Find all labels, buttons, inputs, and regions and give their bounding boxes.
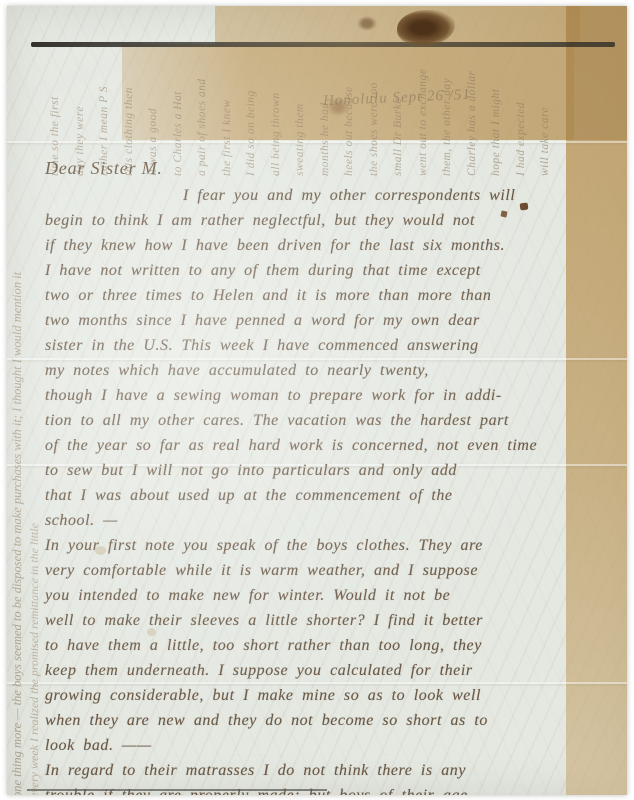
salutation: Dear Sister M. <box>45 158 163 179</box>
letter-line: look bad. —— <box>45 733 627 758</box>
letter-line: if they knew how I have been driven for … <box>45 233 627 258</box>
letter-line: to sew but I will not go into particular… <box>45 458 627 483</box>
letter-line: two months since I have penned a word fo… <box>45 308 627 333</box>
letter-line: trouble if they are properly made; but b… <box>45 783 627 795</box>
letter-line: sister in the U.S. This week I have comm… <box>45 333 627 358</box>
letter-page: time so the firstday they wererather I m… <box>7 6 627 795</box>
letter-line: begin to think I am rather neglectful, b… <box>45 208 627 233</box>
scan-background: time so the firstday they wererather I m… <box>0 0 634 800</box>
cross-writing-line: day they were <box>74 28 86 176</box>
cross-writing-line: time so the first <box>49 48 61 176</box>
letter-line: I have not written to any of them during… <box>45 258 627 283</box>
letter-line: keep them underneath. I suppose you calc… <box>45 658 627 683</box>
letter-line: to have them a little, too short rather … <box>45 633 627 658</box>
letter-line: my notes which have accumulated to nearl… <box>45 358 627 383</box>
crease-line <box>7 141 627 143</box>
letter-line: you intended to make new for winter. Wou… <box>45 583 627 608</box>
page-fold-edge <box>31 42 615 47</box>
cross-writing-line: rather I mean P S <box>98 8 110 176</box>
aged-tape-corner-shade <box>566 6 627 140</box>
letter-line: well to make their sleeves a little shor… <box>45 608 627 633</box>
letter-line: tion to all my other cares. The vacation… <box>45 408 627 433</box>
letter-body: I fear you and my other correspondents w… <box>45 183 627 795</box>
letter-line: very comfortable while it is warm weathe… <box>45 558 627 583</box>
margin-note-column-1: one thing more — the boys seemed to be d… <box>10 103 25 795</box>
letter-line: I fear you and my other correspondents w… <box>45 183 627 208</box>
ink-stain-small <box>357 16 377 31</box>
letter-line: two or three times to Helen and it is mo… <box>45 283 627 308</box>
margin-note-column-2: every week I realized the promised remit… <box>27 138 42 795</box>
letter-line: growing considerable, but I make mine so… <box>45 683 627 708</box>
letter-line: that I was about used up at the commence… <box>45 483 627 508</box>
letter-line: when they are new and they do not become… <box>45 708 627 733</box>
letter-line: of the year so far as real hard work is … <box>45 433 627 458</box>
letter-line: school. — <box>45 508 627 533</box>
letter-line: In your first note you speak of the boys… <box>45 533 627 558</box>
letter-line: In regard to their matrasses I do not th… <box>45 758 627 783</box>
letter-line: though I have a sewing woman to prepare … <box>45 383 627 408</box>
